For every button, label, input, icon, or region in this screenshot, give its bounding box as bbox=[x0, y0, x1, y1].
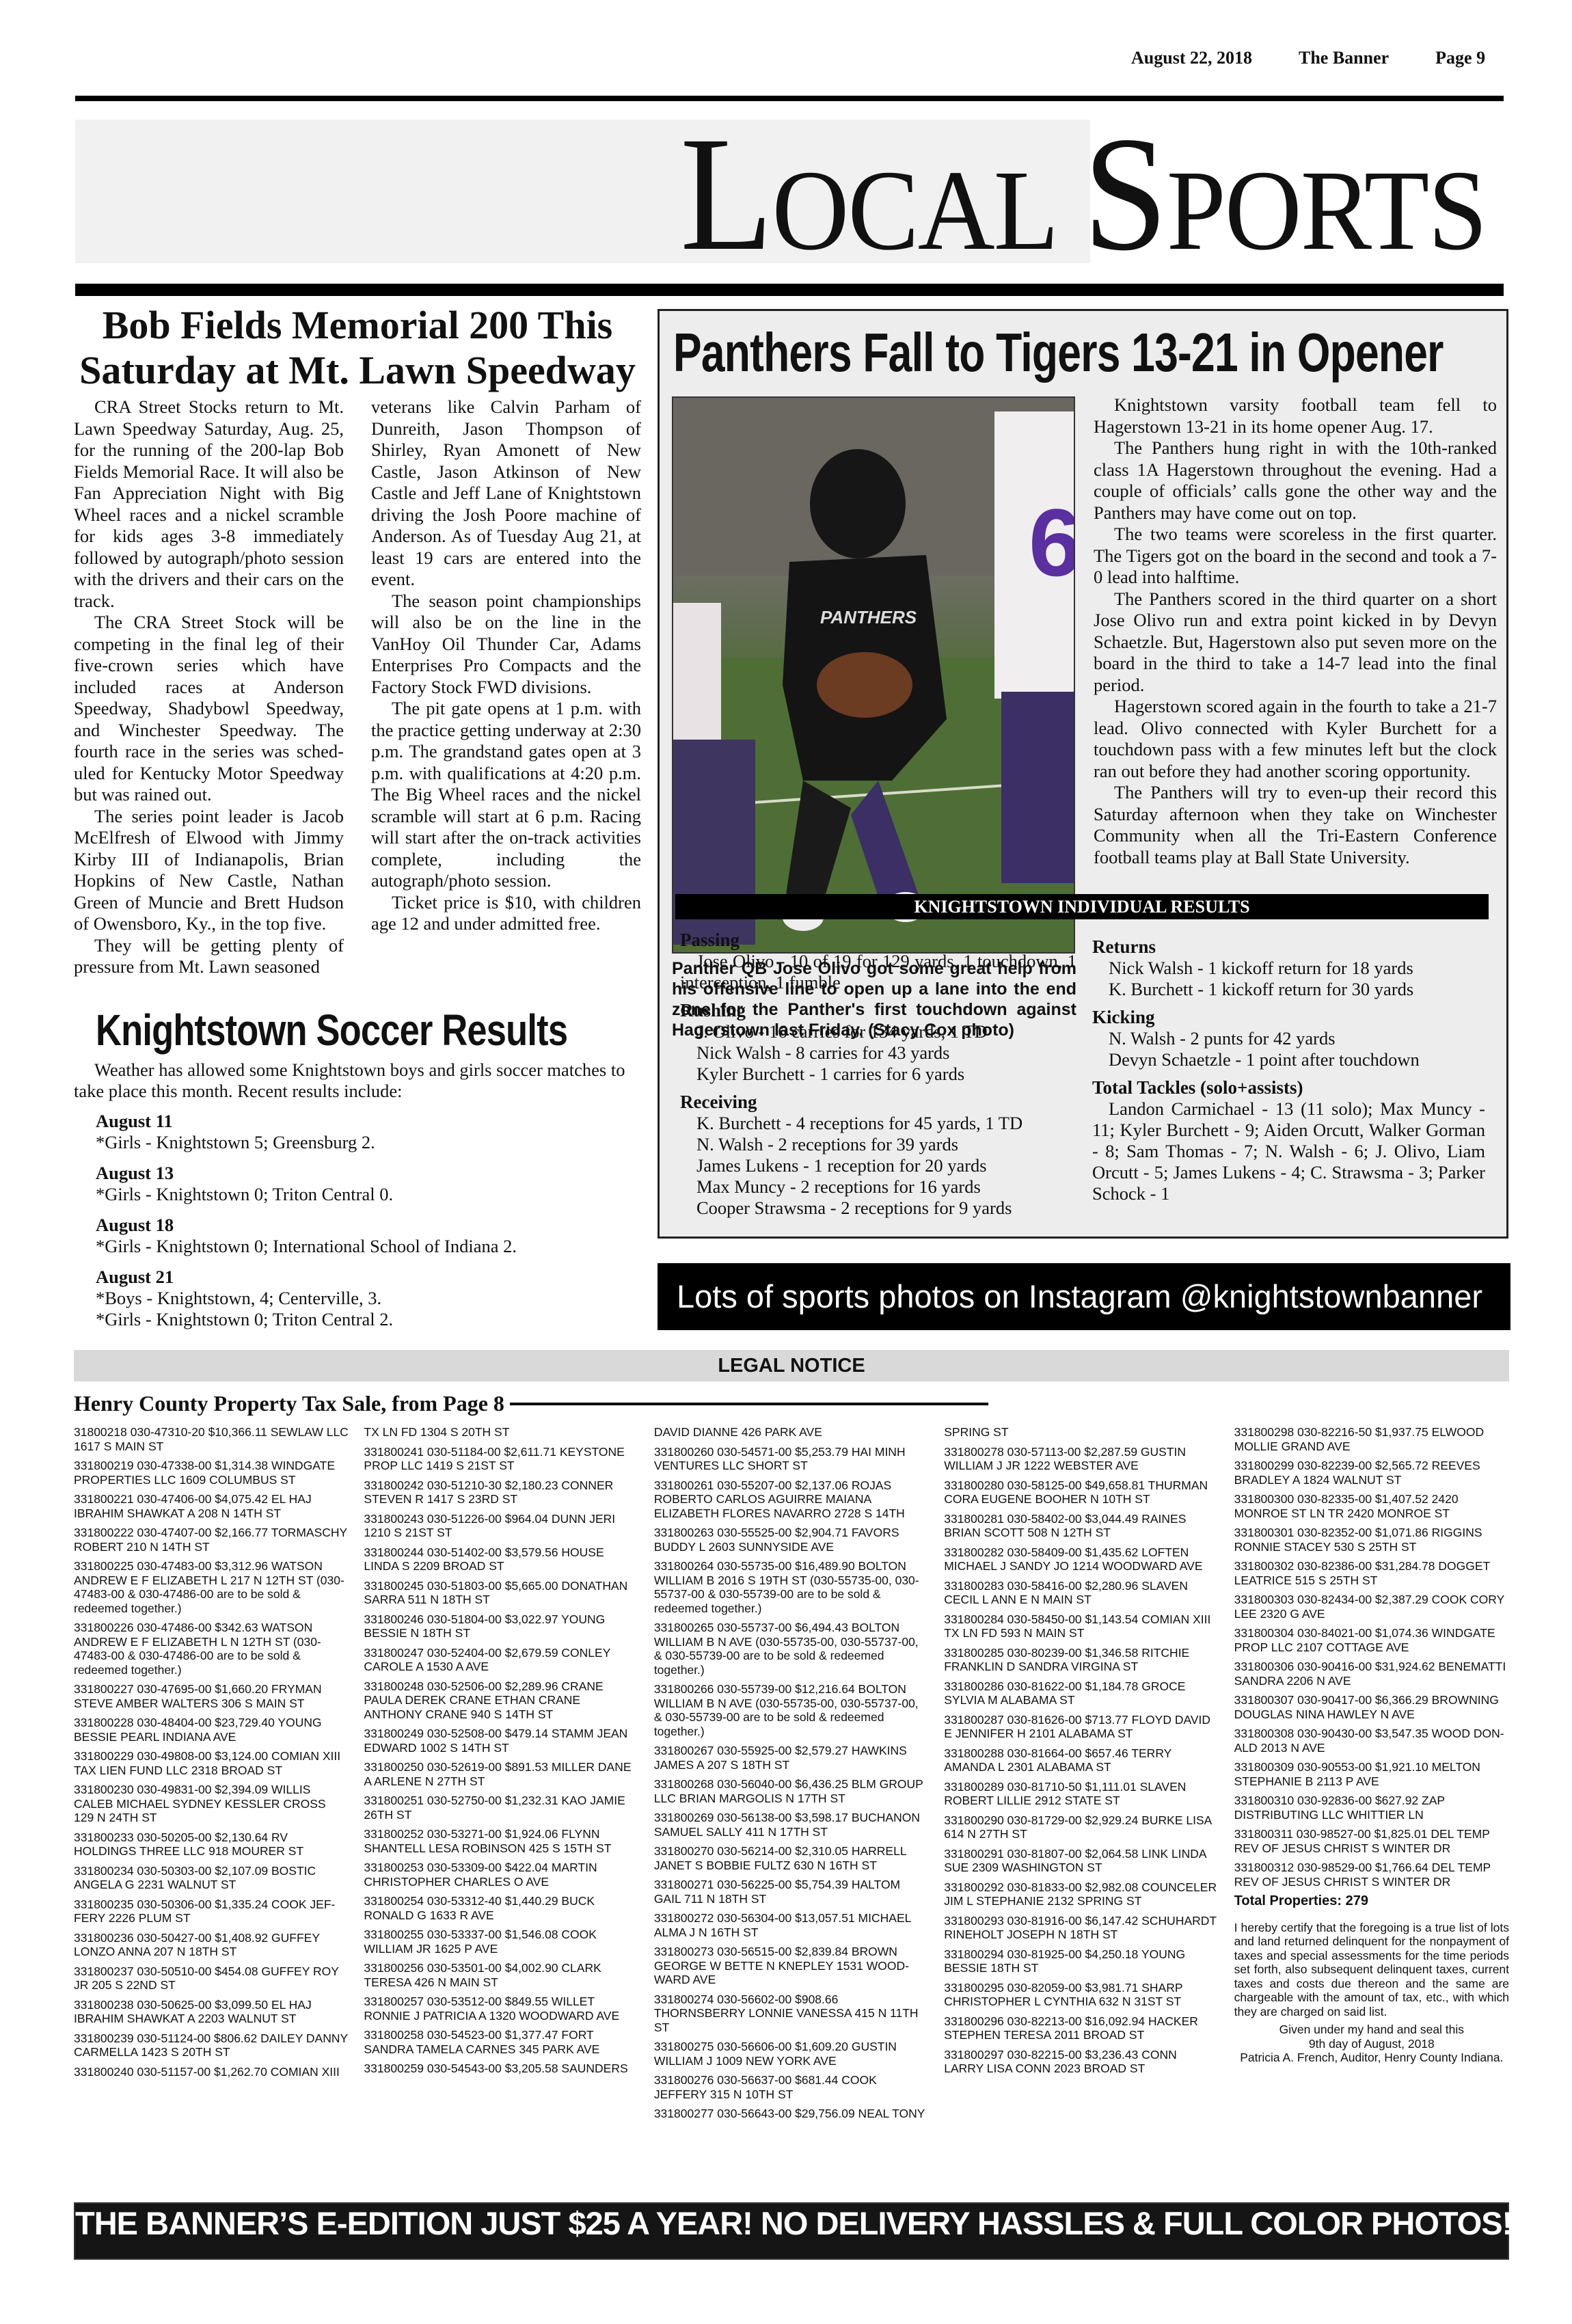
tax-entry: 331800251 030-52750-00 $1,232.31 KAO JAM… bbox=[364, 1794, 638, 1822]
stats-passing: Passing Jose Olivo - 10 of 19 for 129 ya… bbox=[680, 930, 1076, 993]
tax-entry: 331800229 030-49808-00 $3,124.00 COMIAN … bbox=[74, 1749, 349, 1777]
soccer-day: August 18 *Girls - Knightstown 0; Intern… bbox=[96, 1215, 642, 1257]
tax-entry: 331800301 030-82352-00 $1,071.86 RIGGINS… bbox=[1234, 1526, 1509, 1554]
tax-entry: 331800284 030-58450-00 $1,143.54 COMIAN … bbox=[944, 1612, 1219, 1640]
tax-entry: 331800266 030-55739-00 $12,216.64 BOLTON… bbox=[654, 1682, 929, 1738]
certification-block: Total Properties: 279 I hereby certify t… bbox=[1234, 1894, 1509, 2065]
soccer-intro: Weather has allowed some Knightstown boy… bbox=[74, 1059, 641, 1102]
tax-entry: 331800309 030-90553-00 $1,921.10 MELTON … bbox=[1234, 1760, 1509, 1788]
tax-entry: 331800245 030-51803-00 $5,665.00 DONATHA… bbox=[364, 1579, 638, 1607]
tax-entry: 331800249 030-52508-00 $479.14 STAMM JEA… bbox=[364, 1727, 638, 1755]
tax-entry: 331800285 030-80239-00 $1,346.58 RITCHIE… bbox=[944, 1646, 1219, 1674]
tax-entry: SPRING ST bbox=[944, 1425, 1219, 1440]
auditor-signature: Patricia A. French, Auditor, Henry Count… bbox=[1234, 2051, 1509, 2065]
tax-entry: 331800278 030-57113-00 $2,287.59 GUSTIN … bbox=[944, 1445, 1219, 1473]
tax-entry: 331800261 030-55207-00 $2,137.06 ROJAS R… bbox=[654, 1478, 929, 1521]
photo-illustration: 6 PANTHERS bbox=[673, 398, 1075, 954]
bob-fields-article: CRA Street Stocks return to Mt. Lawn Spe… bbox=[74, 396, 641, 978]
tax-entry: 331800270 030-56214-00 $2,310.05 HARRELL… bbox=[654, 1844, 929, 1872]
top-rule bbox=[75, 96, 1504, 101]
folio-page: Page 9 bbox=[1435, 48, 1485, 68]
tax-entry: 331800298 030-82216-50 $1,937.75 ELWOOD … bbox=[1234, 1425, 1509, 1453]
tax-entry: 331800252 030-53271-00 $1,924.06 FLYNN S… bbox=[364, 1827, 638, 1855]
tax-entry: 331800236 030-50427-00 $1,408.92 GUFFEY … bbox=[74, 1931, 349, 1959]
tax-entry: 331800253 030-53309-00 $422.04 MARTIN CH… bbox=[364, 1861, 638, 1889]
tax-entry: 331800290 030-81729-00 $2,929.24 BURKE L… bbox=[944, 1813, 1219, 1841]
tax-entry: 331800274 030-56602-00 $908.66 THORNSBER… bbox=[654, 1992, 929, 2035]
tax-entry: 331800299 030-82239-00 $2,565.72 REEVES … bbox=[1234, 1459, 1509, 1487]
football-article: Knightstown varsity football team fell t… bbox=[1094, 394, 1497, 868]
tax-entry: 331800302 030-82386-00 $31,284.78 DOGGET… bbox=[1234, 1559, 1509, 1587]
tax-entry: 331800233 030-50205-00 $2,130.64 RV HOLD… bbox=[74, 1830, 349, 1859]
svg-text:6: 6 bbox=[1029, 489, 1075, 596]
tax-entry: 331800219 030-47338-00 $1,314.38 WINDGAT… bbox=[74, 1459, 349, 1487]
tax-entry: 331800300 030-82335-00 $1,407.52 2420 MO… bbox=[1234, 1492, 1509, 1520]
tax-entry: 331800263 030-55525-00 $2,904.71 FAVORS … bbox=[654, 1526, 929, 1554]
tax-entry: 331800272 030-56304-00 $13,057.51 MICHAE… bbox=[654, 1911, 929, 1939]
tax-entry: 331800291 030-81807-00 $2,064.58 LINK LI… bbox=[944, 1847, 1219, 1875]
tax-entry: 331800271 030-56225-00 $5,754.39 HALTOM … bbox=[654, 1878, 929, 1906]
tax-column: 31800218 030-47310-20 $10,366.11 SEWLAW … bbox=[74, 1425, 349, 2126]
tax-entry: 331800292 030-81833-00 $2,982.08 COUNCEL… bbox=[944, 1880, 1219, 1908]
tax-entry: 331800250 030-52619-00 $891.53 MILLER DA… bbox=[364, 1760, 638, 1788]
tax-entry: 331800222 030-47407-00 $2,166.77 TORMASC… bbox=[74, 1526, 349, 1554]
individual-results-title: KNIGHTSTOWN INDIVIDUAL RESULTS bbox=[675, 894, 1489, 919]
legal-notice-bar: LEGAL NOTICE bbox=[74, 1350, 1509, 1381]
football-photo: 6 PANTHERS bbox=[672, 396, 1075, 954]
tax-entry: 331800294 030-81925-00 $4,250.18 YOUNG B… bbox=[944, 1947, 1219, 1975]
tax-entry: 331800275 030-56606-00 $1,609.20 GUSTIN … bbox=[654, 2040, 929, 2068]
section-masthead: LOCAL SPORTS bbox=[680, 115, 1486, 289]
tax-entry: 331800228 030-48404-00 $23,729.40 YOUNG … bbox=[74, 1716, 349, 1744]
tax-entry: 331800308 030-90430-00 $3,547.35 WOOD DO… bbox=[1234, 1727, 1509, 1755]
masthead-rule bbox=[75, 284, 1504, 296]
tax-entry: 331800255 030-53337-00 $1,546.08 COOK WI… bbox=[364, 1928, 638, 1956]
tax-entry: 331800287 030-81626-00 $713.77 FLOYD DAV… bbox=[944, 1713, 1219, 1741]
article-column-1: CRA Street Stocks return to Mt. Lawn Spe… bbox=[74, 396, 344, 978]
tax-entry: 331800256 030-53501-00 $4,002.90 CLARK T… bbox=[364, 1961, 638, 1989]
tax-column: DAVID DIANNE 426 PARK AVE331800260 030-5… bbox=[654, 1425, 929, 2126]
tax-entry: 331800260 030-54571-00 $5,253.79 HAI MIN… bbox=[654, 1445, 929, 1473]
tax-entry: 331800283 030-58416-00 $2,280.96 SLAVEN … bbox=[944, 1579, 1219, 1607]
football-headline: Panthers Fall to Tigers 13-21 in Opener bbox=[673, 321, 1444, 384]
tax-entry: 331800226 030-47486-00 $342.63 WATSON AN… bbox=[74, 1621, 349, 1677]
tax-entry: 331800297 030-82215-00 $3,236.43 CONN LA… bbox=[944, 2048, 1219, 2076]
stats-returns: Returns Nick Walsh - 1 kickoff return fo… bbox=[1092, 936, 1485, 1000]
tax-entry: 331800259 030-54543-00 $3,205.58 SAUNDER… bbox=[364, 2062, 638, 2076]
tax-entry: 331800221 030-47406-00 $4,075.42 EL HAJ … bbox=[74, 1492, 349, 1520]
stats-receiving: Receiving K. Burchett - 4 receptions for… bbox=[680, 1092, 1076, 1219]
tax-entry: 331800273 030-56515-00 $2,839.84 BROWN G… bbox=[654, 1945, 929, 1987]
tax-entry: 331800267 030-55925-00 $2,579.27 HAWKINS… bbox=[654, 1744, 929, 1772]
folio-paper: The Banner bbox=[1299, 48, 1389, 68]
tax-entry: TX LN FD 1304 S 20TH ST bbox=[364, 1425, 638, 1440]
tax-entry: 331800307 030-90417-00 $6,366.29 BROWNIN… bbox=[1234, 1693, 1509, 1721]
tax-entry: 331800230 030-49831-00 $2,394.09 WILLIS … bbox=[74, 1783, 349, 1825]
stats-kicking: Kicking N. Walsh - 2 punts for 42 yards … bbox=[1092, 1007, 1485, 1070]
tax-entry: 331800293 030-81916-00 $6,147.42 SCHUHAR… bbox=[944, 1914, 1219, 1942]
tax-entry: 331800277 030-56643-00 $29,756.09 NEAL T… bbox=[654, 2107, 929, 2121]
tax-entry: 331800242 030-51210-30 $2,180.23 CONNER … bbox=[364, 1478, 638, 1506]
tax-entry: 331800306 030-90416-00 $31,924.62 BENEMA… bbox=[1234, 1660, 1509, 1688]
folio-date: August 22, 2018 bbox=[1131, 48, 1252, 68]
tax-entry: 331800239 030-51124-00 $806.62 DAILEY DA… bbox=[74, 2031, 349, 2059]
heading-rule bbox=[510, 1403, 988, 1405]
bob-fields-headline: Bob Fields Memorial 200 This Saturday at… bbox=[74, 303, 641, 393]
tax-sale-listing: 31800218 030-47310-20 $10,366.11 SEWLAW … bbox=[74, 1425, 1509, 2126]
tax-entry: 331800286 030-81622-00 $1,184.78 GROCE S… bbox=[944, 1679, 1219, 1707]
folio: August 22, 2018 The Banner Page 9 bbox=[1131, 48, 1485, 68]
soccer-results: August 11 *Girls - Knightstown 5; Greens… bbox=[96, 1111, 642, 1340]
tax-entry: 331800246 030-51804-00 $3,022.97 YOUNG B… bbox=[364, 1612, 638, 1640]
article-column-2: veterans like Calvin Parham of Dunreith,… bbox=[371, 396, 641, 978]
tax-entry: 331800280 030-58125-00 $49,658.81 THURMA… bbox=[944, 1478, 1219, 1506]
individual-results-right: Returns Nick Walsh - 1 kickoff return fo… bbox=[1092, 936, 1485, 1211]
tax-entry: 331800254 030-53312-40 $1,440.29 BUCK RO… bbox=[364, 1894, 638, 1922]
tax-entry: 331800276 030-56637-00 $681.44 COOK JEFF… bbox=[654, 2073, 929, 2101]
tax-sale-heading: Henry County Property Tax Sale, from Pag… bbox=[74, 1391, 1509, 1416]
tax-entry: 331800310 030-92836-00 $627.92 ZAP DISTR… bbox=[1234, 1794, 1509, 1822]
soccer-headline: Knightstown Soccer Results bbox=[96, 1005, 567, 1055]
tax-entry: 331800258 030-54523-00 $1,377.47 FORT SA… bbox=[364, 2028, 638, 2056]
tax-entry: DAVID DIANNE 426 PARK AVE bbox=[654, 1425, 929, 1440]
tax-entry: 331800235 030-50306-00 $1,335.24 COOK JE… bbox=[74, 1897, 349, 1926]
tax-entry: 331800282 030-58409-00 $1,435.62 LOFTEN … bbox=[944, 1545, 1219, 1573]
tax-entry: 331800257 030-53512-00 $849.55 WILLET RO… bbox=[364, 1995, 638, 2023]
tax-entry: 331800304 030-84021-00 $1,074.36 WINDGAT… bbox=[1234, 1626, 1509, 1654]
tax-entry: 331800237 030-50510-00 $454.08 GUFFEY RO… bbox=[74, 1964, 349, 1992]
tax-column: SPRING ST331800278 030-57113-00 $2,287.5… bbox=[944, 1425, 1219, 2126]
tax-entry: 331800303 030-82434-00 $2,387.29 COOK CO… bbox=[1234, 1593, 1509, 1621]
tax-entry: 331800240 030-51157-00 $1,262.70 COMIAN … bbox=[74, 2065, 349, 2079]
tax-entry: 331800248 030-52506-00 $2,289.96 CRANE P… bbox=[364, 1679, 638, 1722]
tax-column: 331800298 030-82216-50 $1,937.75 ELWOOD … bbox=[1234, 1425, 1509, 2126]
individual-results-left: Passing Jose Olivo - 10 of 19 for 129 ya… bbox=[680, 930, 1076, 1226]
soccer-day: August 21 *Boys - Knightstown, 4; Center… bbox=[96, 1267, 642, 1330]
e-edition-promo-banner[interactable]: THE BANNER’S E-EDITION JUST $25 A YEAR! … bbox=[74, 2202, 1509, 2260]
svg-text:PANTHERS: PANTHERS bbox=[820, 607, 917, 627]
tax-entry: 331800227 030-47695-00 $1,660.20 FRYMAN … bbox=[74, 1682, 349, 1710]
tax-entry: 331800311 030-98527-00 $1,825.01 DEL TEM… bbox=[1234, 1827, 1509, 1855]
tax-entry: 331800243 030-51226-00 $964.04 DUNN JERI… bbox=[364, 1512, 638, 1540]
tax-column: TX LN FD 1304 S 20TH ST331800241 030-511… bbox=[364, 1425, 638, 2126]
tax-entry: 331800241 030-51184-00 $2,611.71 KEYSTON… bbox=[364, 1445, 638, 1473]
tax-entry: 331800296 030-82213-00 $16,092.94 HACKER… bbox=[944, 2014, 1219, 2042]
tax-entry: 331800268 030-56040-00 $6,436.25 BLM GRO… bbox=[654, 1777, 929, 1805]
soccer-day: August 11 *Girls - Knightstown 5; Greens… bbox=[96, 1111, 642, 1153]
tax-entry: 331800312 030-98529-00 $1,766.64 DEL TEM… bbox=[1234, 1861, 1509, 1889]
tax-entry: 331800244 030-51402-00 $3,579.56 HOUSE L… bbox=[364, 1545, 638, 1573]
tax-entry: 331800288 030-81664-00 $657.46 TERRY AMA… bbox=[944, 1746, 1219, 1774]
certification-text: I hereby certify that the foregoing is a… bbox=[1234, 1921, 1509, 2019]
tax-entry: 331800295 030-82059-00 $3,981.71 SHARP C… bbox=[944, 1981, 1219, 2009]
tax-entry: 331800264 030-55735-00 $16,489.90 BOLTON… bbox=[654, 1559, 929, 1615]
tax-entry: 31800218 030-47310-20 $10,366.11 SEWLAW … bbox=[74, 1425, 349, 1453]
stats-tackles: Total Tackles (solo+assists) Landon Carm… bbox=[1092, 1077, 1485, 1204]
tax-entry: 331800238 030-50625-00 $3,099.50 EL HAJ … bbox=[74, 1998, 349, 2026]
tax-entry: 331800265 030-55737-00 $6,494.43 BOLTON … bbox=[654, 1621, 929, 1677]
tax-entry: 331800289 030-81710-50 $1,111.01 SLAVEN … bbox=[944, 1780, 1219, 1808]
tax-entry: 331800247 030-52404-00 $2,679.59 CONLEY … bbox=[364, 1646, 638, 1674]
soccer-day: August 13 *Girls - Knightstown 0; Triton… bbox=[96, 1163, 642, 1205]
tax-entry: 331800234 030-50303-00 $2,107.09 BOSTIC … bbox=[74, 1864, 349, 1892]
tax-entry: 331800225 030-47483-00 $3,312.96 WATSON … bbox=[74, 1559, 349, 1615]
tax-entry: 331800281 030-58402-00 $3,044.49 RAINES … bbox=[944, 1512, 1219, 1540]
stats-rushing: Rushing J. Olivo - 16 carries for 134 ya… bbox=[680, 1000, 1076, 1085]
tax-entry: 331800269 030-56138-00 $3,598.17 BUCHANO… bbox=[654, 1811, 929, 1839]
instagram-promo-banner[interactable]: Lots of sports photos on Instagram @knig… bbox=[658, 1263, 1510, 1330]
total-properties: Total Properties: 279 bbox=[1234, 1894, 1509, 1908]
